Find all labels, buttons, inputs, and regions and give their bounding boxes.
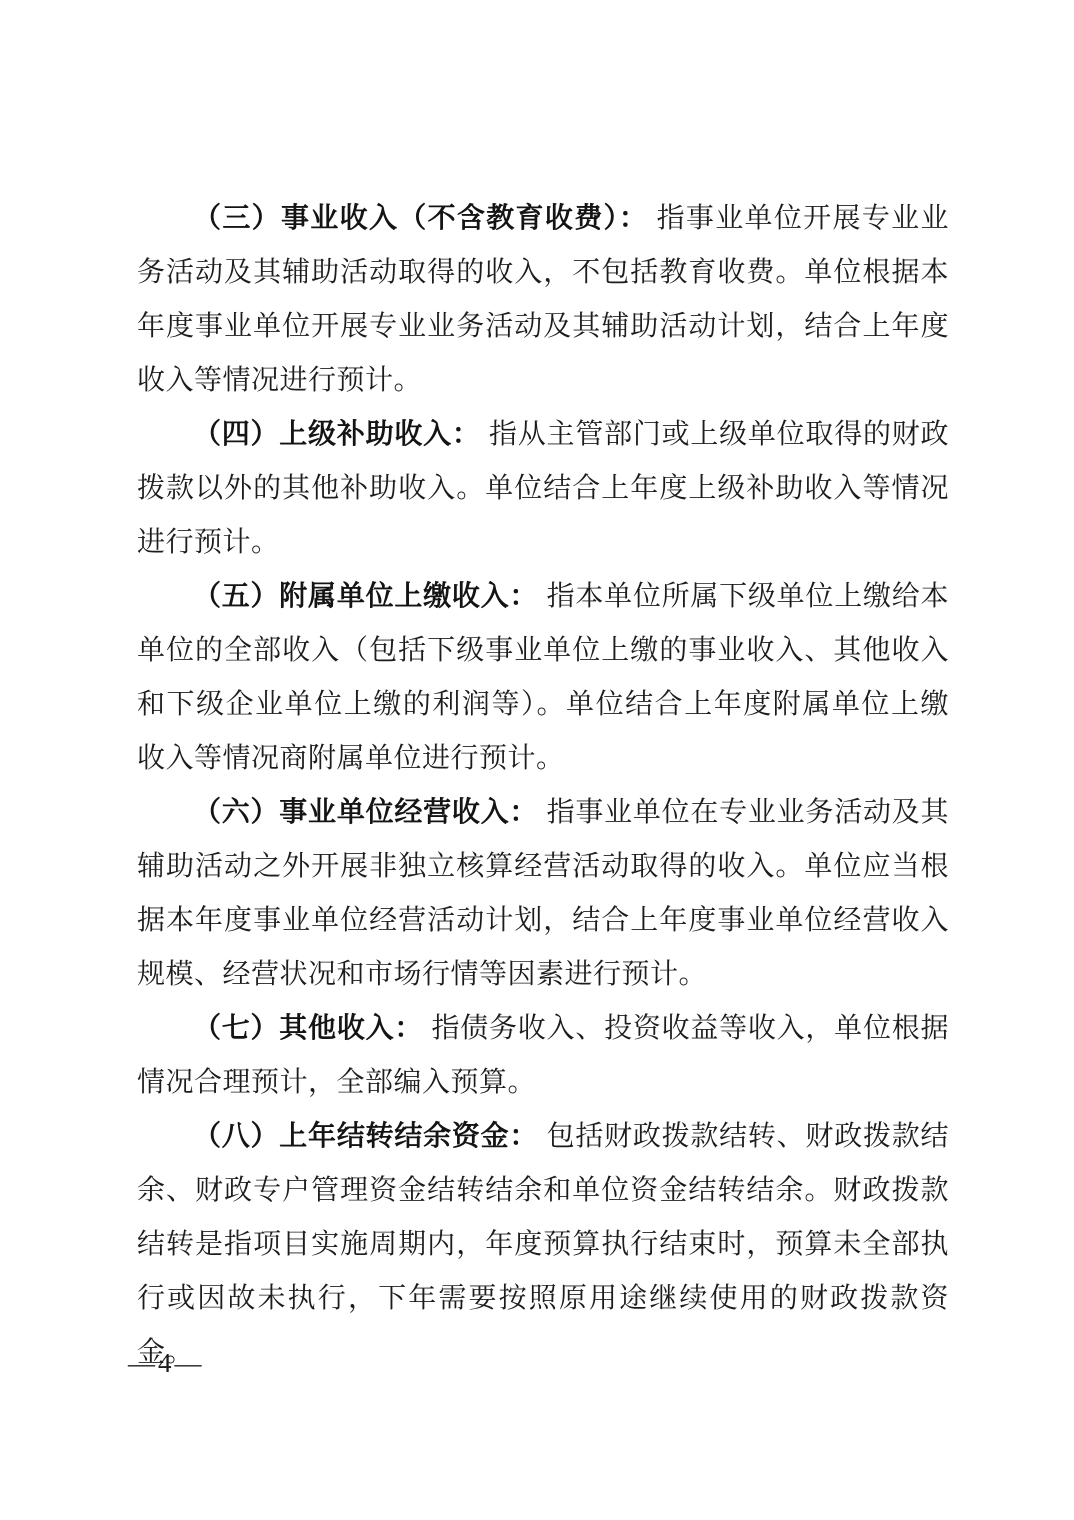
paragraph: （五）附属单位上缴收入：指本单位所属下级单位上缴给本单位的全部收入（包括下级事业…: [137, 570, 949, 786]
document-page: （三）事业收入（不含教育收费）：指事业单位开展专业业务活动及其辅助活动取得的收入…: [0, 0, 1074, 1520]
paragraph: （八）上年结转结余资金：包括财政拨款结转、财政拨款结余、财政专户管理资金结转结余…: [137, 1110, 949, 1380]
paragraph: （七）其他收入：指债务收入、投资收益等收入，单位根据情况合理预计，全部编入预算。: [137, 1002, 949, 1110]
paragraph-lead: （八）上年结转结余资金：: [193, 1121, 538, 1152]
page-number: —4—: [128, 1348, 205, 1379]
paragraph-lead: （四）上级补助收入：: [193, 419, 481, 450]
paragraph: （四）上级补助收入：指从主管部门或上级单位取得的财政拨款以外的其他补助收入。单位…: [137, 408, 949, 570]
paragraph-lead: （三）事业收入（不含教育收费）：: [193, 203, 648, 234]
paragraph-lead: （五）附属单位上缴收入：: [193, 581, 538, 612]
paragraph-body: 包括财政拨款结转、财政拨款结余、财政专户管理资金结转结余和单位资金结转结余。财政…: [137, 1121, 949, 1368]
paragraph: （六）事业单位经营收入：指事业单位在专业业务活动及其辅助活动之外开展非独立核算经…: [137, 786, 949, 1002]
document-body: （三）事业收入（不含教育收费）：指事业单位开展专业业务活动及其辅助活动取得的收入…: [137, 192, 949, 1380]
paragraph-lead: （六）事业单位经营收入：: [193, 797, 538, 828]
paragraph: （三）事业收入（不含教育收费）：指事业单位开展专业业务活动及其辅助活动取得的收入…: [137, 192, 949, 408]
paragraph-lead: （七）其他收入：: [193, 1013, 423, 1044]
